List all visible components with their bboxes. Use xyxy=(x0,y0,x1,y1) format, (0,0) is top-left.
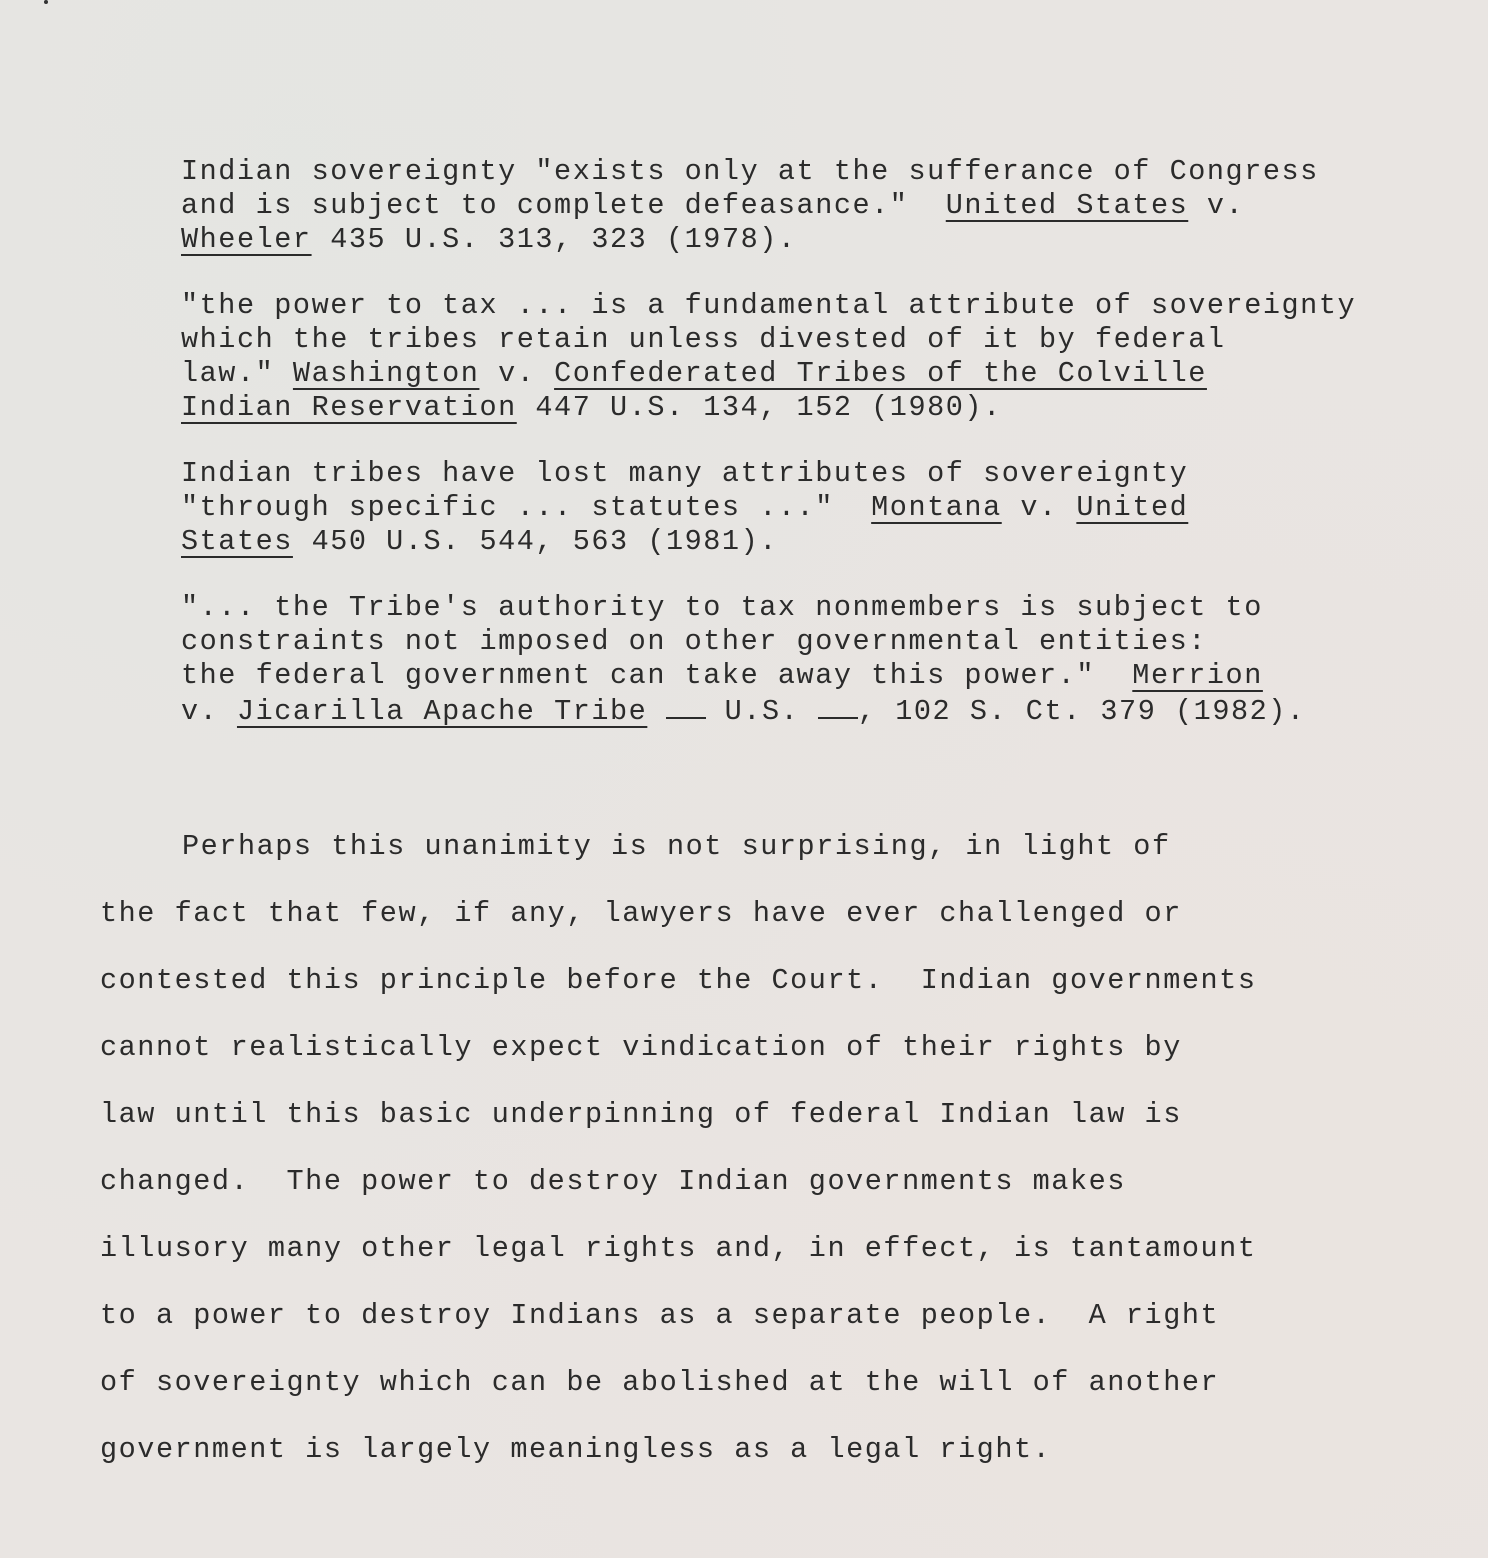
quote-text: "... the Tribe's authority to tax nonmem… xyxy=(181,591,1263,624)
quote-line: "through specific ... statutes ..." Mont… xyxy=(181,491,1471,525)
quote-text: 447 U.S. 134, 152 (1980). xyxy=(517,391,1002,424)
quote-text: 435 U.S. 313, 323 (1978). xyxy=(312,223,797,256)
quote-text: v. xyxy=(1002,491,1077,524)
quote-line: Indian tribes have lost many attributes … xyxy=(181,457,1471,491)
case-name: Jicarilla Apache Tribe xyxy=(237,695,647,728)
quote-text: U.S. xyxy=(706,695,818,728)
quote-text xyxy=(647,695,666,728)
paper-speck xyxy=(44,0,48,4)
legal-quote: "... the Tribe's authority to tax nonmem… xyxy=(181,591,1471,727)
quote-line: law." Washington v. Confederated Tribes … xyxy=(181,357,1471,391)
paragraph-line: illusory many other legal rights and, in… xyxy=(100,1227,1400,1294)
case-name: United States xyxy=(946,189,1189,222)
quote-text: "through specific ... statutes ..." xyxy=(181,491,871,524)
paragraph-line: contested this principle before the Cour… xyxy=(100,959,1400,1026)
quote-line: which the tribes retain unless divested … xyxy=(181,323,1471,357)
paragraph-line: changed. The power to destroy Indian gov… xyxy=(100,1160,1400,1227)
quote-text: v. xyxy=(1188,189,1244,222)
quote-text: constraints not imposed on other governm… xyxy=(181,625,1207,658)
case-citation-block: Indian sovereignty "exists only at the s… xyxy=(181,155,1471,759)
quote-line: Indian sovereignty "exists only at the s… xyxy=(181,155,1471,189)
body-paragraph: Perhaps this unanimity is not surprising… xyxy=(100,825,1400,1495)
paragraph-line: government is largely meaningless as a l… xyxy=(100,1428,1400,1495)
quote-text: Indian tribes have lost many attributes … xyxy=(181,457,1188,490)
citation-blank xyxy=(818,693,858,719)
case-name: Confederated Tribes of the Colville xyxy=(554,357,1207,390)
case-name: Montana xyxy=(871,491,1002,524)
quote-line: Wheeler 435 U.S. 313, 323 (1978). xyxy=(181,223,1471,257)
document-page: Indian sovereignty "exists only at the s… xyxy=(0,0,1488,1558)
quote-text: "the power to tax ... is a fundamental a… xyxy=(181,289,1356,322)
citation-blank xyxy=(666,693,706,719)
quote-line: the federal government can take away thi… xyxy=(181,659,1471,693)
quote-line: "the power to tax ... is a fundamental a… xyxy=(181,289,1471,323)
quote-text: Indian sovereignty "exists only at the s… xyxy=(181,155,1319,188)
legal-quote: Indian tribes have lost many attributes … xyxy=(181,457,1471,559)
quote-line: Indian Reservation 447 U.S. 134, 152 (19… xyxy=(181,391,1471,425)
quote-line: "... the Tribe's authority to tax nonmem… xyxy=(181,591,1471,625)
quote-line: States 450 U.S. 544, 563 (1981). xyxy=(181,525,1471,559)
paragraph-line: to a power to destroy Indians as a separ… xyxy=(100,1294,1400,1361)
quote-line: and is subject to complete defeasance." … xyxy=(181,189,1471,223)
case-name: Merrion xyxy=(1132,659,1263,692)
quote-line: v. Jicarilla Apache Tribe U.S. , 102 S. … xyxy=(181,693,1471,727)
quote-text: the federal government can take away thi… xyxy=(181,659,1132,692)
case-name: Wheeler xyxy=(181,223,312,256)
case-name: Washington xyxy=(293,357,480,390)
quote-line: constraints not imposed on other governm… xyxy=(181,625,1471,659)
case-name: United xyxy=(1076,491,1188,524)
quote-text: which the tribes retain unless divested … xyxy=(181,323,1226,356)
paragraph-line: cannot realistically expect vindication … xyxy=(100,1026,1400,1093)
quote-text: 450 U.S. 544, 563 (1981). xyxy=(293,525,778,558)
paragraph-line: of sovereignty which can be abolished at… xyxy=(100,1361,1400,1428)
case-name: States xyxy=(181,525,293,558)
quote-text: , 102 S. Ct. 379 (1982). xyxy=(858,695,1306,728)
paragraph-line: law until this basic underpinning of fed… xyxy=(100,1093,1400,1160)
case-name: Indian Reservation xyxy=(181,391,517,424)
quote-text: v. xyxy=(181,695,237,728)
legal-quote: Indian sovereignty "exists only at the s… xyxy=(181,155,1471,257)
quote-text: and is subject to complete defeasance." xyxy=(181,189,946,222)
quote-text: v. xyxy=(479,357,554,390)
quote-text: law." xyxy=(181,357,293,390)
paragraph-line: Perhaps this unanimity is not surprising… xyxy=(100,825,1400,892)
legal-quote: "the power to tax ... is a fundamental a… xyxy=(181,289,1471,425)
paragraph-line: the fact that few, if any, lawyers have … xyxy=(100,892,1400,959)
